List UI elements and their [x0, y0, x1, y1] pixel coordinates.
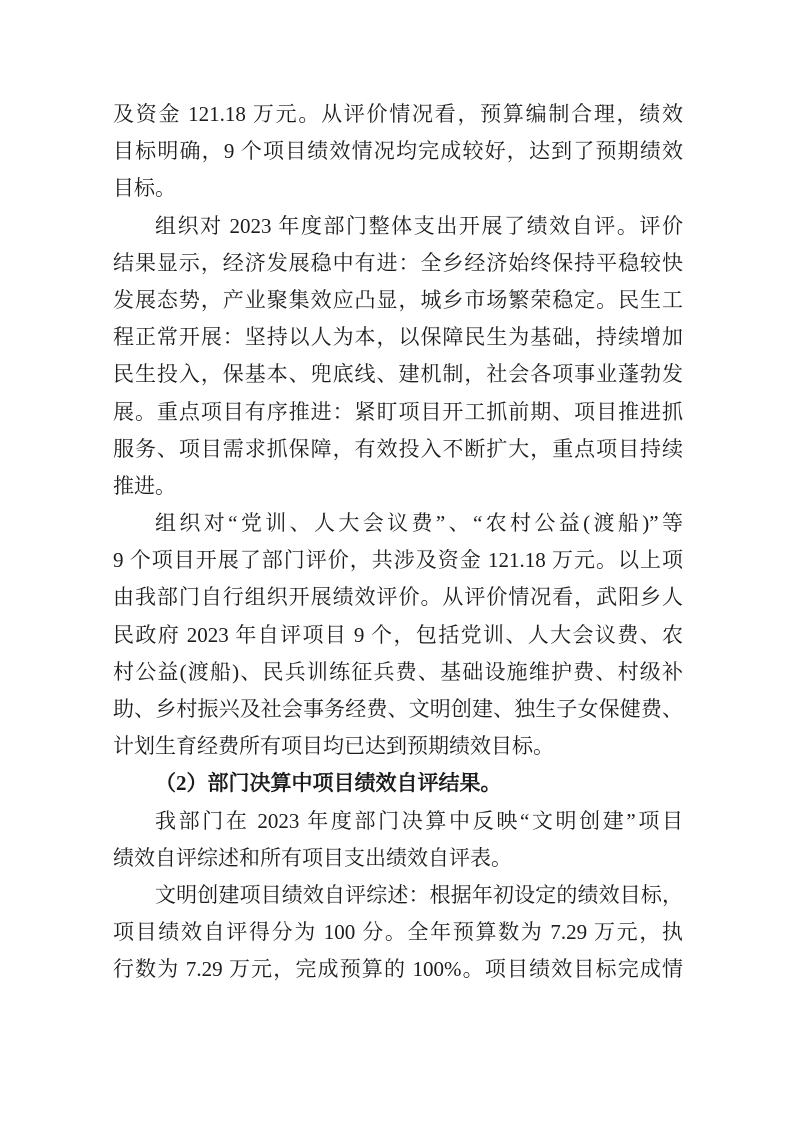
text-line: 绩效自评综述和所有项目支出绩效自评表。	[113, 840, 683, 877]
text-line: 组织对 2023 年度部门整体支出开展了绩效自评。评价	[113, 208, 683, 245]
text-line: 目标明确，9 个项目绩效情况均完成较好，达到了预期绩效	[113, 133, 683, 170]
text-line: 程正常开展：坚持以人为本，以保障民生为基础，持续增加	[113, 319, 683, 356]
text-line: 项目绩效自评得分为 100 分。全年预算数为 7.29 万元，执	[113, 914, 683, 951]
text-line: 组织对“党训、人大会议费”、“农村公益(渡船)”等	[113, 505, 683, 542]
text-line: 我部门在 2023 年度部门决算中反映“文明创建”项目	[113, 803, 683, 840]
text-line: 发展态势，产业聚集效应凸显，城乡市场繁荣稳定。民生工	[113, 282, 683, 319]
text-line: 目标。	[113, 170, 683, 207]
text-line: 及资金 121.18 万元。从评价情况看，预算编制合理，绩效	[113, 96, 683, 133]
paragraph-dept-eval-conclusion: 及资金 121.18 万元。从评价情况看，预算编制合理，绩效目标明确，9 个项目…	[113, 96, 683, 208]
text-line: 展。重点项目有序推进：紧盯项目开工抓前期、项目推进抓	[113, 394, 683, 431]
document-page: 及资金 121.18 万元。从评价情况看，预算编制合理，绩效目标明确，9 个项目…	[0, 0, 793, 1122]
text-line: 计划生育经费所有项目均已达到预期绩效目标。	[113, 728, 683, 765]
text-line: 行数为 7.29 万元，完成预算的 100%。项目绩效目标完成情	[113, 951, 683, 988]
text-line: 民政府 2023 年自评项目 9 个，包括党训、人大会议费、农	[113, 617, 683, 654]
text-line: 服务、项目需求抓保障，有效投入不断扩大，重点项目持续	[113, 431, 683, 468]
text-line: 9 个项目开展了部门评价，共涉及资金 121.18 万元。以上项	[113, 542, 683, 579]
paragraph-civilization-project-summary: 文明创建项目绩效自评综述：根据年初设定的绩效目标，项目绩效自评得分为 100 分…	[113, 877, 683, 989]
text-line: （2）部门决算中项目绩效自评结果。	[113, 765, 683, 802]
text-line: 村公益(渡船)、民兵训练征兵费、基础设施维护费、村级补	[113, 654, 683, 691]
document-body: 及资金 121.18 万元。从评价情况看，预算编制合理，绩效目标明确，9 个项目…	[113, 96, 683, 989]
text-line: 民生投入，保基本、兜底线、建机制，社会各项事业蓬勃发	[113, 356, 683, 393]
text-line: 文明创建项目绩效自评综述：根据年初设定的绩效目标，	[113, 877, 683, 914]
paragraph-overall-expenditure-self-eval: 组织对 2023 年度部门整体支出开展了绩效自评。评价结果显示，经济发展稳中有进…	[113, 208, 683, 506]
heading-final-accounts-self-eval-results: （2）部门决算中项目绩效自评结果。	[113, 765, 683, 802]
paragraph-nine-projects-dept-eval: 组织对“党训、人大会议费”、“农村公益(渡船)”等9 个项目开展了部门评价，共涉…	[113, 505, 683, 765]
text-line: 结果显示，经济发展稳中有进：全乡经济始终保持平稳较快	[113, 245, 683, 282]
paragraph-final-accounts-reflection: 我部门在 2023 年度部门决算中反映“文明创建”项目绩效自评综述和所有项目支出…	[113, 803, 683, 877]
text-line: 由我部门自行组织开展绩效评价。从评价情况看，武阳乡人	[113, 579, 683, 616]
text-line: 助、乡村振兴及社会事务经费、文明创建、独生子女保健费、	[113, 691, 683, 728]
text-line: 推进。	[113, 468, 683, 505]
